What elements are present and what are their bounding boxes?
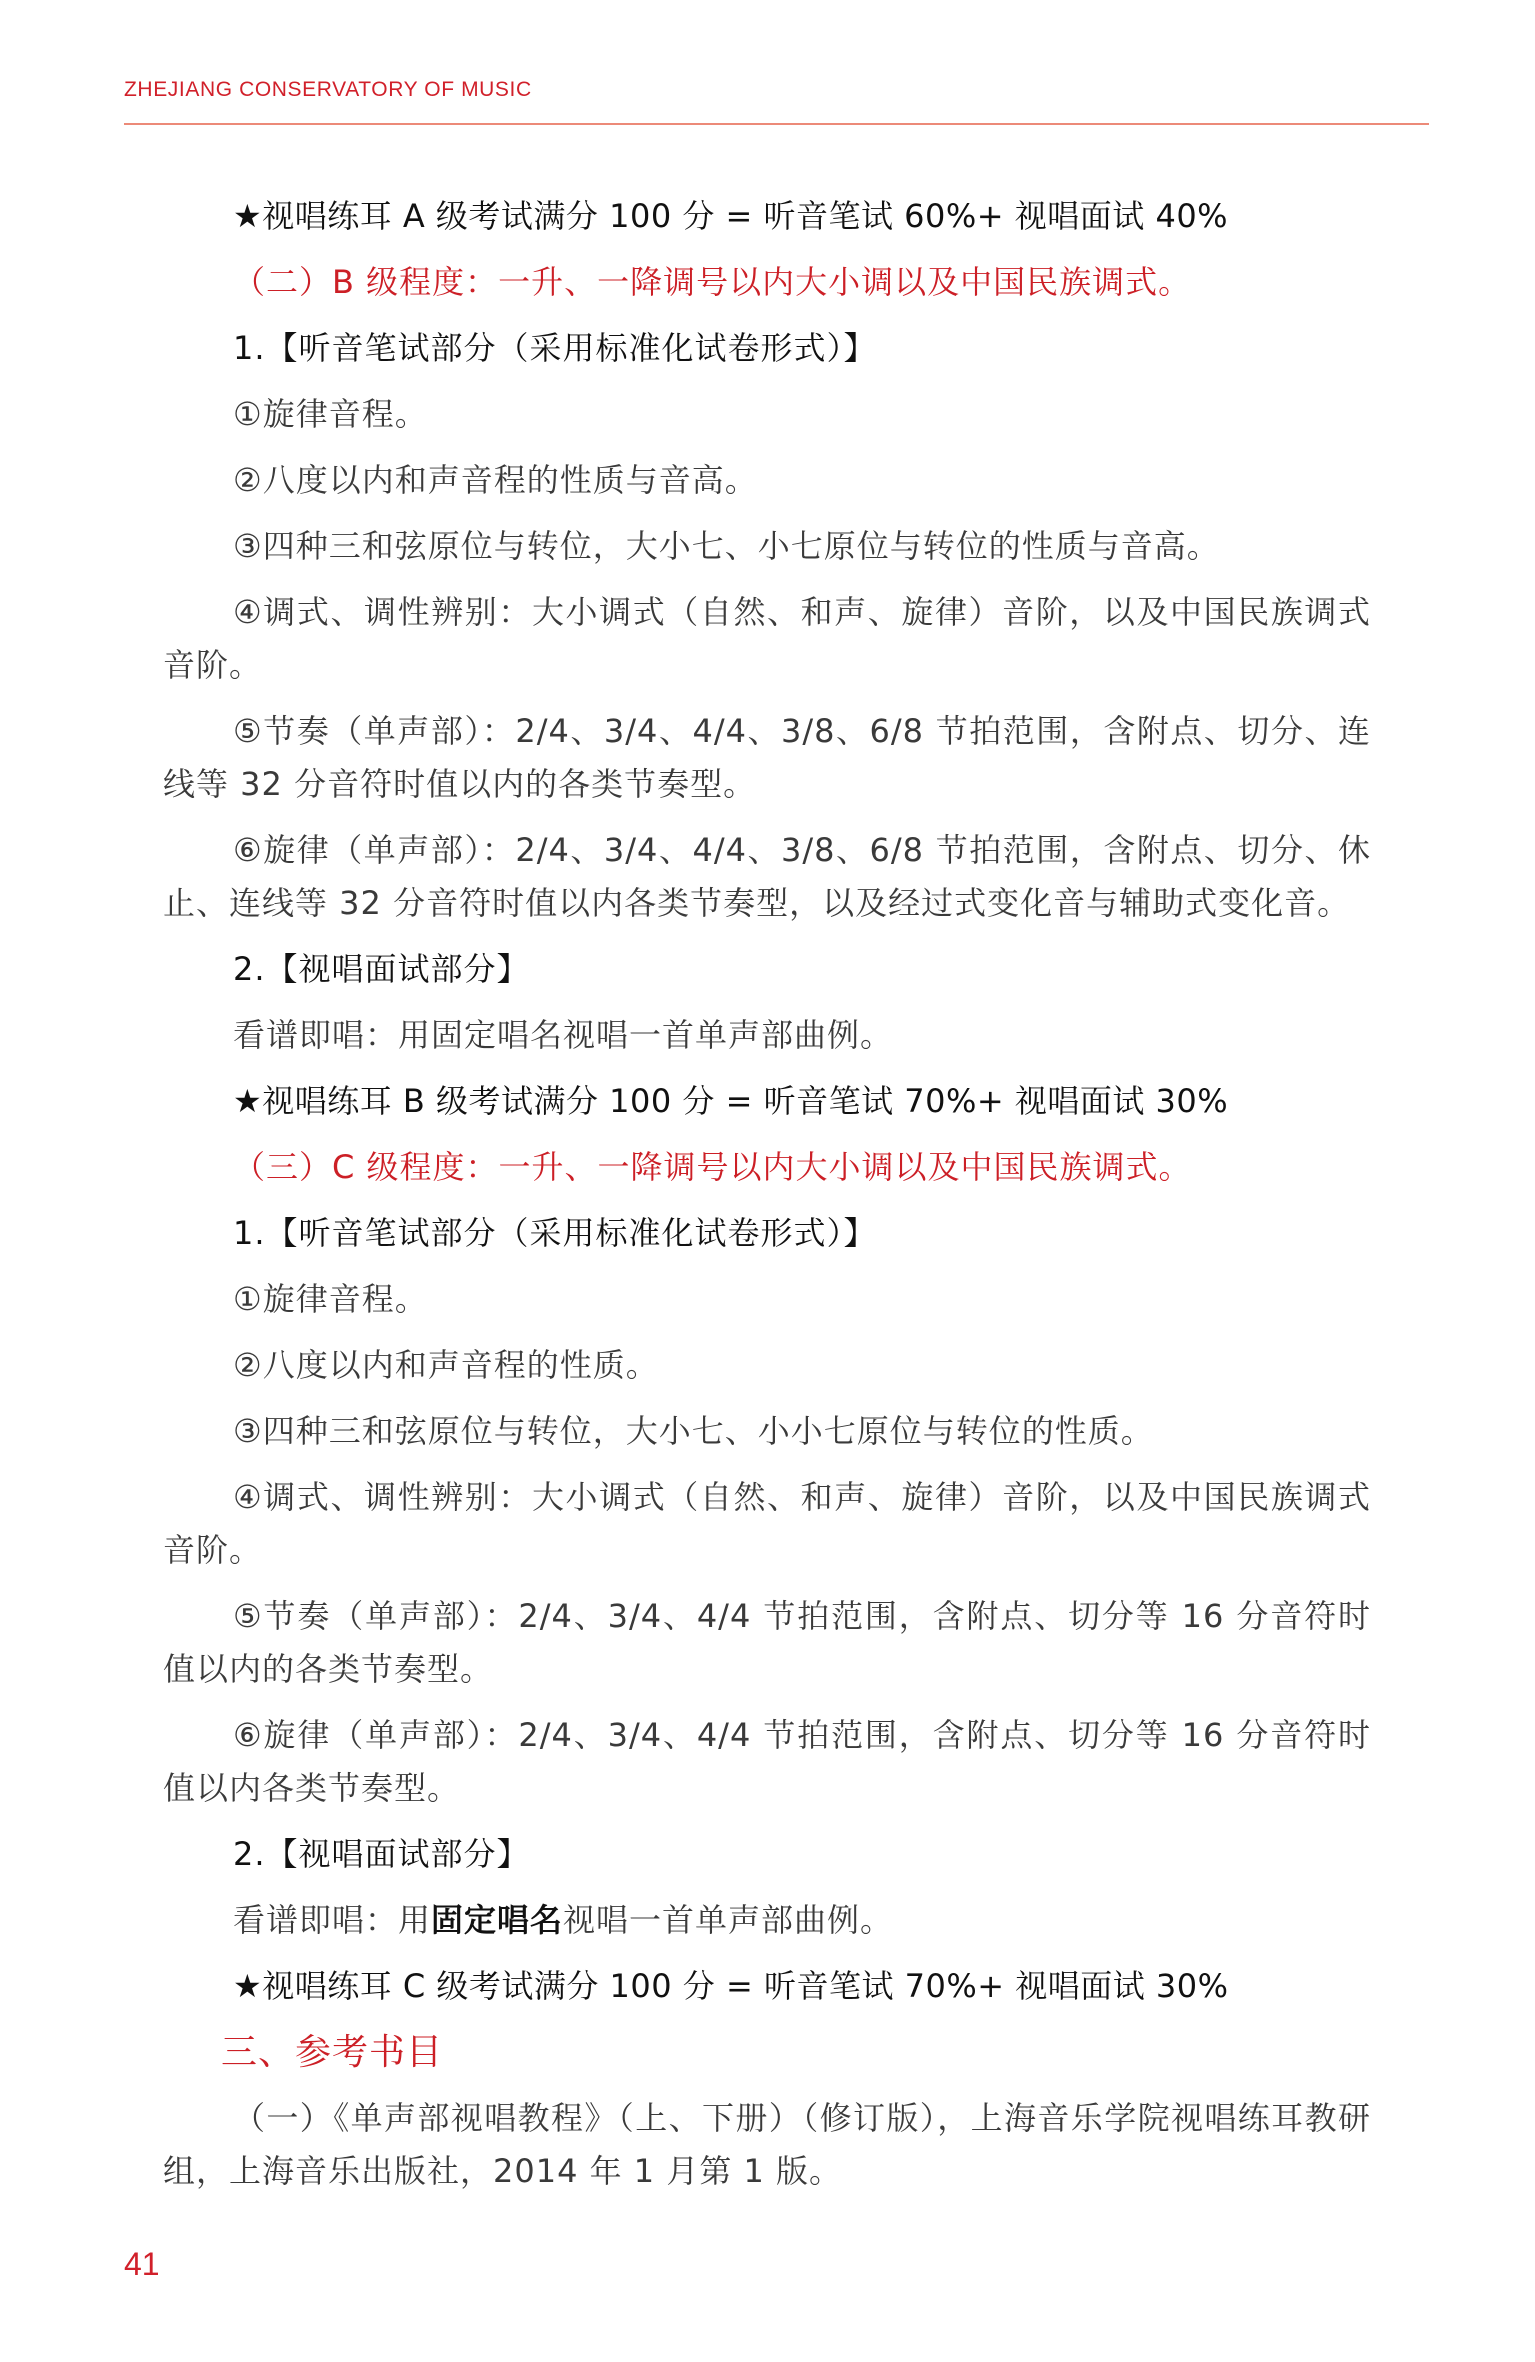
page-body: ★视唱练耳 A 级考试满分 100 分 = 听音笔试 60%+ 视唱面试 40%… xyxy=(163,190,1371,2211)
level-b-item-2: ②八度以内和声音程的性质与音高。 xyxy=(163,454,1371,507)
level-b-oral-text: 看谱即唱：用固定唱名视唱一首单声部曲例。 xyxy=(163,1009,1371,1062)
level-b-item-5: ⑤节奏（单声部）：2/4、3/4、4/4、3/8、6/8 节拍范围，含附点、切分… xyxy=(163,705,1371,811)
level-b-written-title: 1.【听音笔试部分（采用标准化试卷形式）】 xyxy=(163,322,1371,375)
level-c-item-6: ⑥旋律（单声部）：2/4、3/4、4/4 节拍范围，含附点、切分等 16 分音符… xyxy=(163,1709,1371,1815)
level-c-item-1: ①旋律音程。 xyxy=(163,1273,1371,1326)
level-b-item-6: ⑥旋律（单声部）：2/4、3/4、4/4、3/8、6/8 节拍范围，含附点、切分… xyxy=(163,824,1371,930)
level-c-oral-title: 2.【视唱面试部分】 xyxy=(163,1828,1371,1881)
level-b-item-1: ①旋律音程。 xyxy=(163,388,1371,441)
level-a-score-formula: ★视唱练耳 A 级考试满分 100 分 = 听音笔试 60%+ 视唱面试 40% xyxy=(163,190,1371,243)
level-c-item-5: ⑤节奏（单声部）：2/4、3/4、4/4 节拍范围，含附点、切分等 16 分音符… xyxy=(163,1590,1371,1696)
level-b-score-formula: ★视唱练耳 B 级考试满分 100 分 = 听音笔试 70%+ 视唱面试 30% xyxy=(163,1075,1371,1128)
header-rule xyxy=(124,123,1429,125)
level-c-item-4: ④调式、调性辨别：大小调式（自然、和声、旋律）音阶，以及中国民族调式音阶。 xyxy=(163,1471,1371,1577)
level-b-heading: （二）B 级程度：一升、一降调号以内大小调以及中国民族调式。 xyxy=(163,256,1371,309)
oral-prefix: 看谱即唱：用 xyxy=(233,1901,431,1939)
level-c-written-title: 1.【听音笔试部分（采用标准化试卷形式）】 xyxy=(163,1207,1371,1260)
level-c-item-3: ③四种三和弦原位与转位，大小七、小小七原位与转位的性质。 xyxy=(163,1405,1371,1458)
level-b-item-4: ④调式、调性辨别：大小调式（自然、和声、旋律）音阶，以及中国民族调式音阶。 xyxy=(163,586,1371,692)
level-c-item-2: ②八度以内和声音程的性质。 xyxy=(163,1339,1371,1392)
references-heading: 三、参考书目 xyxy=(163,2026,1371,2079)
level-b-oral-title: 2.【视唱面试部分】 xyxy=(163,943,1371,996)
level-c-oral-text: 看谱即唱：用固定唱名视唱一首单声部曲例。 xyxy=(163,1894,1371,1947)
level-b-item-3: ③四种三和弦原位与转位，大小七、小七原位与转位的性质与音高。 xyxy=(163,520,1371,573)
level-c-score-formula: ★视唱练耳 C 级考试满分 100 分 = 听音笔试 70%+ 视唱面试 30% xyxy=(163,1960,1371,2013)
oral-suffix: 视唱一首单声部曲例。 xyxy=(563,1901,893,1939)
level-c-heading: （三）C 级程度：一升、一降调号以内大小调以及中国民族调式。 xyxy=(163,1141,1371,1194)
oral-emphasis: 固定唱名 xyxy=(431,1901,563,1939)
running-header: ZHEJIANG CONSERVATORY OF MUSIC xyxy=(124,78,532,102)
page-number: 41 xyxy=(124,2246,160,2283)
reference-item-1: （一）《单声部视唱教程》（上、下册）（修订版），上海音乐学院视唱练耳教研组，上海… xyxy=(163,2092,1371,2198)
